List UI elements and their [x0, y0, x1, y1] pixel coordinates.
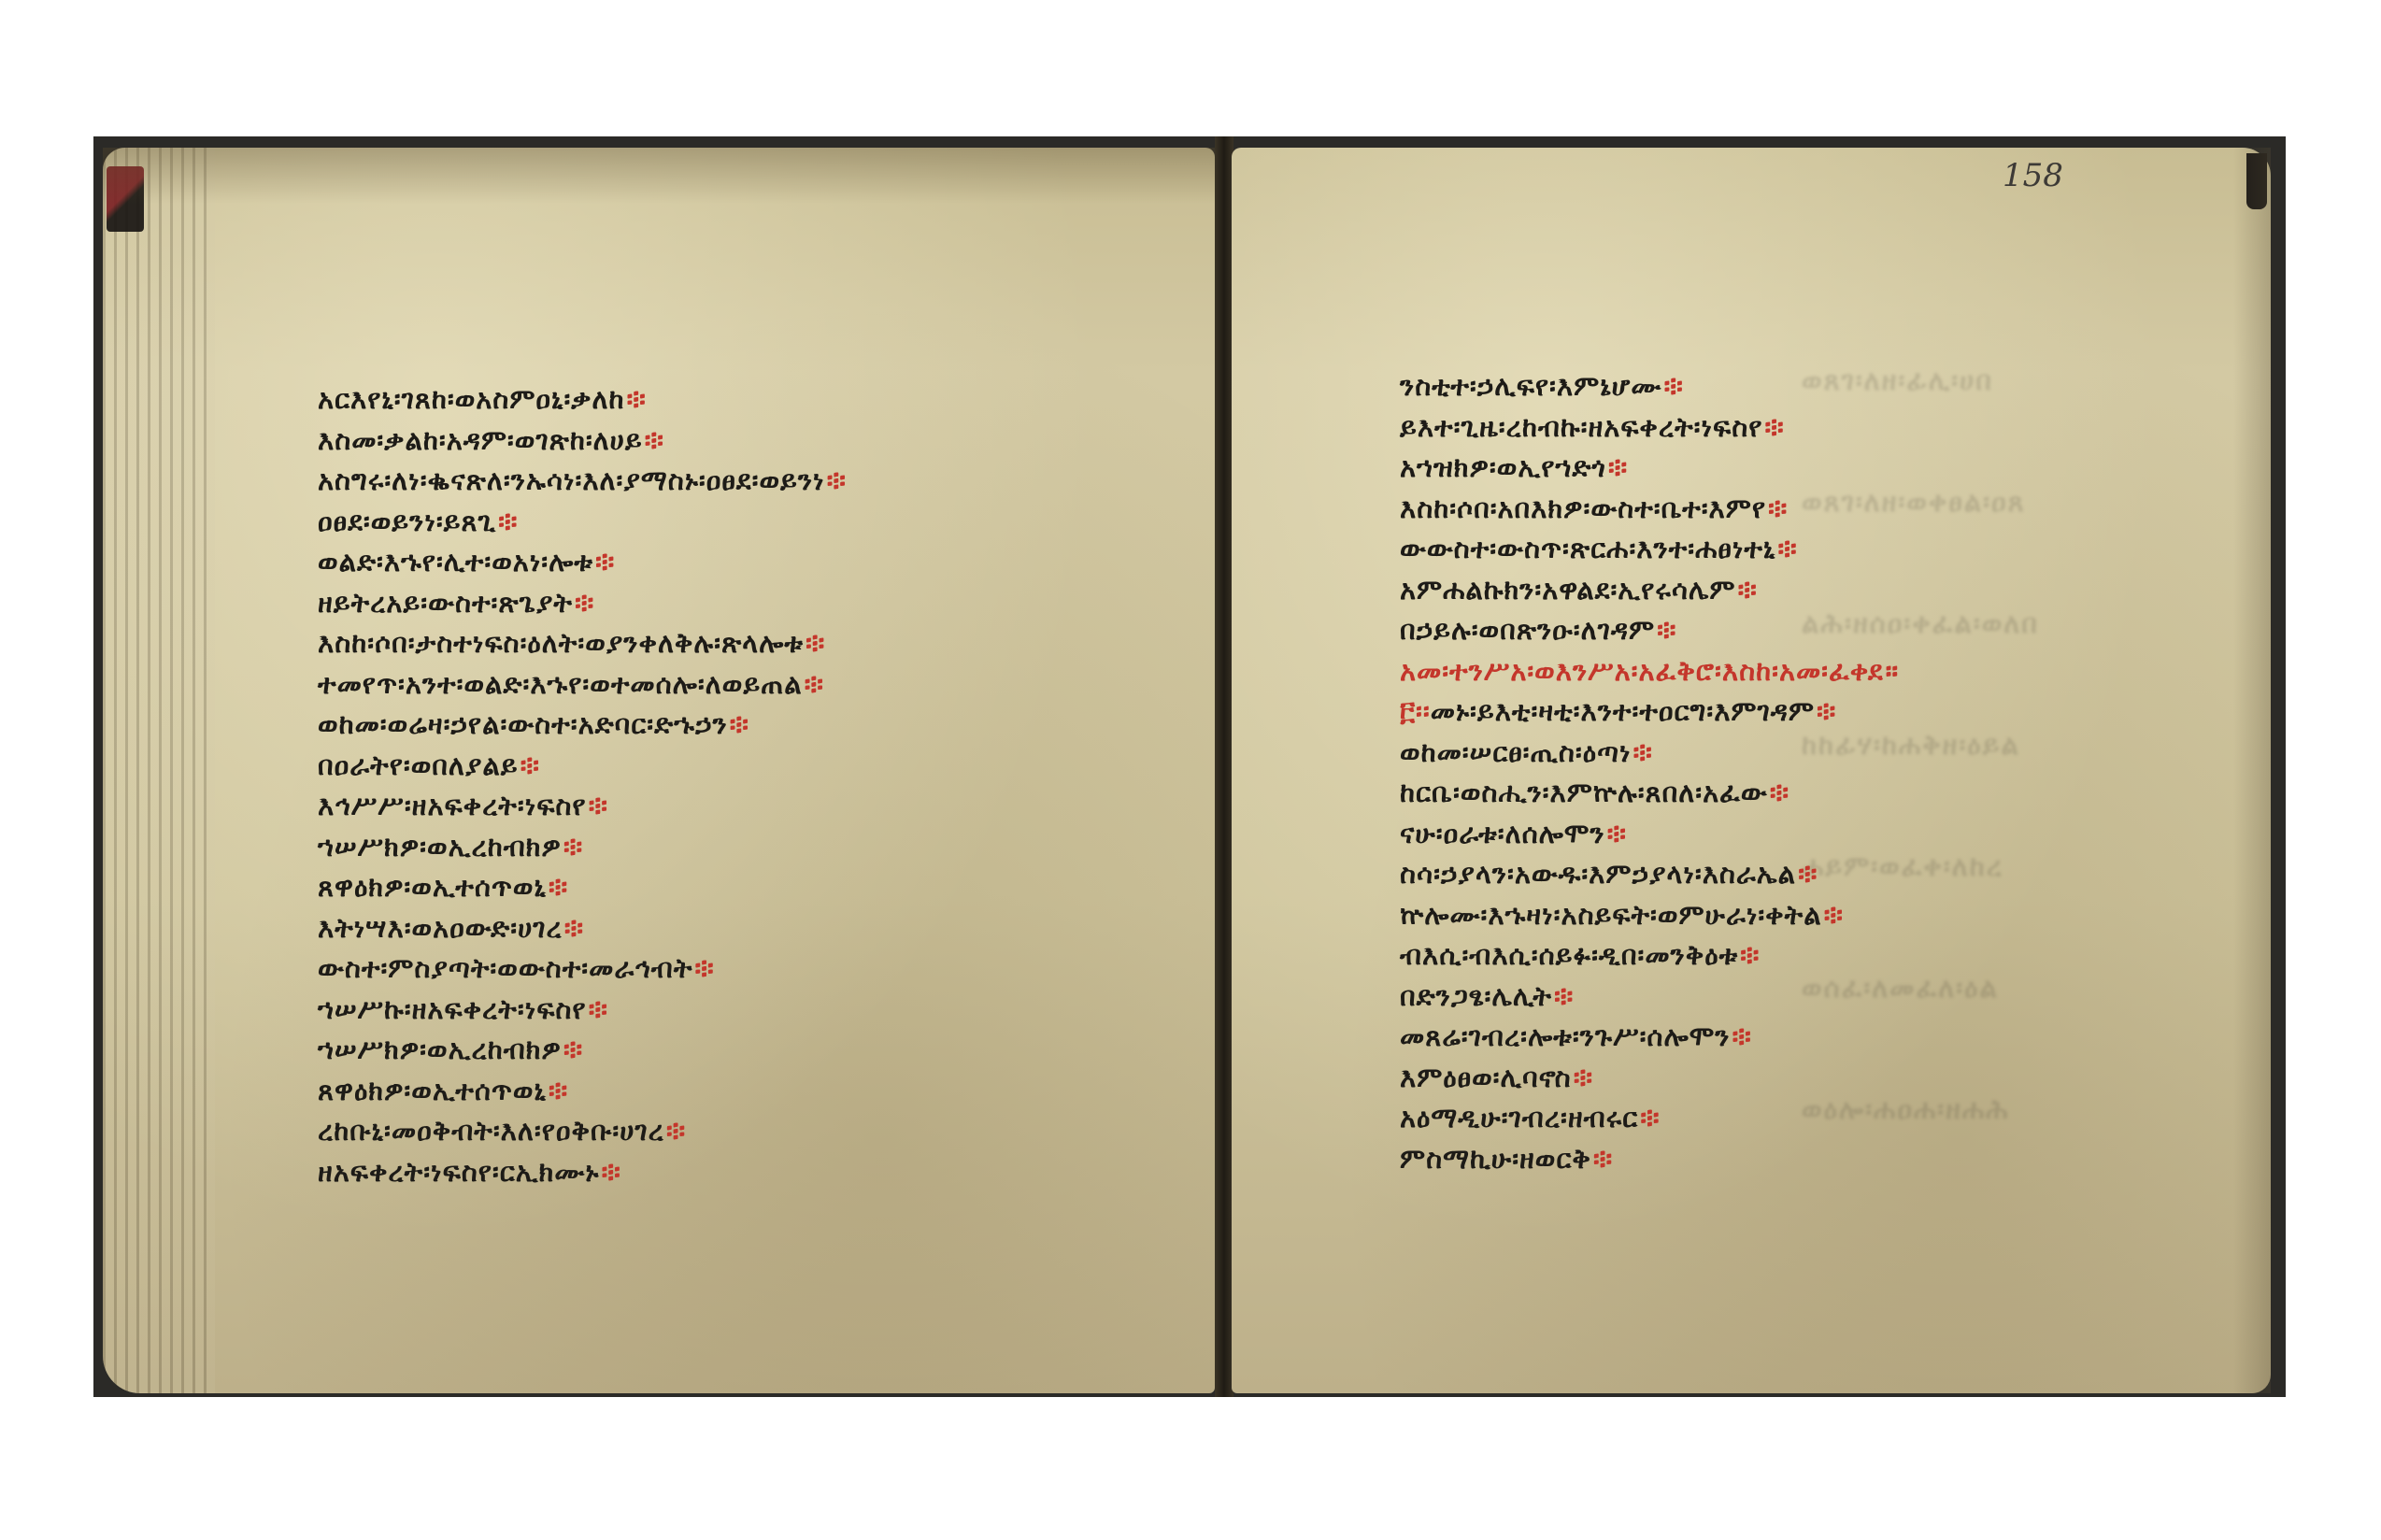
- punctuation-mark-icon: ፨: [627, 383, 647, 415]
- line-text: እስከ፡ሶበ፡አበእክዎ፡ውስተ፡ቤተ፡እምየ: [1400, 492, 1766, 524]
- page-number: 158: [2003, 157, 2063, 194]
- manuscript-line: ኀሠሥኩ፡ዘአፍቀረት፡ነፍስየ፨: [318, 990, 847, 1031]
- manuscript-line: መጸሬ፡ገብረ፡ሎቱ፡ንጉሥ፡ሰሎሞን፨: [1400, 1017, 1899, 1058]
- line-text: እምዕፀወ፡ሊባኖስ: [1400, 1062, 1572, 1093]
- manuscript-line: ንስቲተ፡ኃሊፍየ፡እምኔሆሙ፨: [1400, 366, 1899, 407]
- punctuation-mark-icon: ፨: [1798, 858, 1818, 890]
- line-text: ይእተ፡ጊዜ፡ረከብኩ፡ዘአፍቀረት፡ነፍስየ: [1400, 411, 1762, 443]
- left-page-text: አርእየኒ፡ገጸከ፡ወአስምዐኒ፡ቃለከ፨እስመ፡ቃልከ፡አዳም፡ወገጽከ፡ለሀ…: [318, 379, 847, 1192]
- manuscript-line: ወከመ፡ወሬዛ፡ኃየል፡ውስተ፡አድባር፡ድኁኃን፨: [318, 705, 847, 746]
- page-corner-shadow: [2246, 153, 2267, 209]
- line-text: ተመየጥ፡አንተ፡ወልድ፡እኁየ፡ወተመሰሎ፡ለወይጠል: [318, 668, 803, 700]
- punctuation-mark-icon: ፨: [1732, 1020, 1751, 1052]
- manuscript-line: አርእየኒ፡ገጸከ፡ወአስምዐኒ፡ቃለከ፨: [318, 379, 847, 421]
- manuscript-line: እስመ፡ቃልከ፡አዳም፡ወገጽከ፡ለሀይ፨: [318, 421, 847, 462]
- manuscript-line: በድንጋፄ፡ሌሊት፨: [1400, 977, 1899, 1018]
- manuscript-line: በኃይሉ፡ወበጽንዑ፡ለገዳም፨: [1400, 610, 1899, 651]
- line-text: ንስቲተ፡ኃሊፍየ፡እምኔሆሙ: [1400, 370, 1661, 402]
- line-text: ወከመ፡ሠርፀ፡ጢስ፡ዕጣነ: [1400, 736, 1632, 768]
- punctuation-mark-icon: ፨: [1768, 492, 1788, 524]
- line-text: መጸሬ፡ገብረ፡ሎቱ፡ንጉሥ፡ሰሎሞን: [1400, 1020, 1730, 1052]
- punctuation-mark-icon: ፨: [805, 668, 824, 700]
- line-text: እትነሣእ፡ወአዐውድ፡ሀገረ: [318, 912, 563, 944]
- manuscript-line: ዘይትረአይ፡ውስተ፡ጽጌያት፨: [318, 583, 847, 624]
- manuscript-line: አስግሩ፡ለነ፡ቈናጽለ፡ንኡሳነ፡እለ፡ያማስኑ፡ዐፀደ፡ወይንነ፨: [318, 461, 847, 502]
- manuscript-line: ውውስተ፡ውስጥ፡ጽርሐ፡እንተ፡ሐፀነተኒ፨: [1400, 529, 1899, 570]
- manuscript-line: አኀዝክዎ፡ወኢየኀድጎ፨: [1400, 448, 1899, 489]
- punctuation-mark-icon: ፨: [520, 749, 540, 781]
- bookmark-thread: [107, 166, 144, 232]
- punctuation-mark-icon: ፨: [1740, 939, 1760, 971]
- line-text: ረከቡኒ፡መዐቅብት፡እለ፡የዐቅቡ፡ሀገረ: [318, 1115, 664, 1147]
- punctuation-mark-icon: ፨: [549, 871, 568, 903]
- punctuation-mark-icon: ፨: [1777, 533, 1797, 564]
- punctuation-mark-icon: ፨: [1593, 1143, 1613, 1175]
- line-text: አኀዝክዎ፡ወኢየኀድጎ: [1400, 451, 1606, 483]
- punctuation-mark-icon: ፨: [498, 506, 518, 537]
- manuscript-line: እኅሥሥ፡ዘአፍቀረት፡ነፍስየ፨: [318, 786, 847, 827]
- line-text: ናሁ፡ዐራቱ፡ለሰሎሞን: [1400, 818, 1605, 849]
- line-text: በኃይሉ፡ወበጽንዑ፡ለገዳም: [1400, 614, 1655, 646]
- left-page: አርእየኒ፡ገጸከ፡ወአስምዐኒ፡ቃለከ፨እስመ፡ቃልከ፡አዳም፡ወገጽከ፡ለሀ…: [103, 148, 1215, 1393]
- manuscript-line: ረከቡኒ፡መዐቅብት፡እለ፡የዐቅቡ፡ሀገረ፨: [318, 1111, 847, 1152]
- line-text: በዐራትየ፡ወበለያልይ: [318, 749, 519, 781]
- line-text: እስከ፡ሶበ፡ታስተነፍስ፡ዕለት፡ወያንቀለቅሉ፡ጽላሎቱ: [318, 627, 804, 659]
- manuscript-line: ከርቤ፡ወስሒን፡እምኵሉ፡ጸበለ፡አፈው፨: [1400, 773, 1899, 814]
- manuscript-line: ይእተ፡ጊዜ፡ረከብኩ፡ዘአፍቀረት፡ነፍስየ፨: [1400, 407, 1899, 449]
- manuscript-line: ጸዋዕክዎ፡ወኢተሰጥወኒ፨: [318, 867, 847, 908]
- line-text: በድንጋፄ፡ሌሊት: [1400, 980, 1552, 1012]
- line-text: አስግሩ፡ለነ፡ቈናጽለ፡ንኡሳነ፡እለ፡ያማስኑ፡ዐፀደ፡ወይንነ: [318, 464, 825, 496]
- punctuation-mark-icon: ፨: [1607, 818, 1627, 849]
- line-text: ስሳ፡ኃያላን፡አውዱ፡እምኃያላነ፡እስራኤል: [1400, 858, 1796, 890]
- punctuation-mark-icon: ፨: [1657, 614, 1676, 646]
- punctuation-mark-icon: ፨: [595, 546, 615, 577]
- punctuation-mark-icon: ፨: [1640, 1102, 1660, 1134]
- line-text: እኅሥሥ፡ዘአፍቀረት፡ነፍስየ: [318, 790, 587, 821]
- punctuation-mark-icon: ፨: [1770, 777, 1789, 808]
- line-text: ወከመ፡ወሬዛ፡ኃየል፡ውስተ፡አድባር፡ድኁኃን: [318, 708, 728, 740]
- line-text: ኀሠሥክዎ፡ወኢረከብክዎ: [318, 831, 562, 863]
- manuscript-line: ኀሠሥክዎ፡ወኢረከብክዎ፨: [318, 827, 847, 868]
- line-text: ኀሠሥኩ፡ዘአፍቀረት፡ነፍስየ: [318, 993, 587, 1025]
- punctuation-mark-icon: ፨: [575, 587, 594, 619]
- manuscript-line: ውስተ፡ምስያጣት፡ወውስተ፡መራኅብት፨: [318, 948, 847, 990]
- punctuation-mark-icon: ፨: [1663, 370, 1683, 402]
- manuscript-line: እስከ፡ሶበ፡አበእክዎ፡ውስተ፡ቤተ፡እምየ፨: [1400, 489, 1899, 530]
- manuscript-line: እስከ፡ሶበ፡ታስተነፍስ፡ዕለት፡ወያንቀለቅሉ፡ጽላሎቱ፨: [318, 623, 847, 664]
- manuscript-line: እትነሣእ፡ወአዐውድ፡ሀገረ፨: [318, 908, 847, 949]
- section-number: ፫፡፡: [1400, 695, 1431, 727]
- punctuation-mark-icon: ፨: [827, 464, 847, 496]
- line-text: አዕማዲሁ፡ገብረ፡ዘብሩር: [1400, 1102, 1638, 1134]
- rubric-text: አመ፡ተንሥአ፡ወእንሥአ፡አፈቅሮ፡እስከ፡አመ፡ፈቀደ: [1400, 655, 1884, 687]
- manuscript-line: ምስማኪሁ፡ዘወርቅ፨: [1400, 1139, 1899, 1180]
- line-text: ምስማኪሁ፡ዘወርቅ: [1400, 1143, 1591, 1175]
- line-text: ዘይትረአይ፡ውስተ፡ጽጌያት: [318, 587, 573, 619]
- line-text: እስመ፡ቃልከ፡አዳም፡ወገጽከ፡ለሀይ: [318, 424, 643, 456]
- punctuation-mark-icon: ፨: [1738, 574, 1758, 606]
- line-text: ጸዋዕክዎ፡ወኢተሰጥወኒ: [318, 1075, 547, 1106]
- punctuation-mark-icon: ፨: [1764, 411, 1784, 443]
- punctuation-mark-icon: ፨: [1824, 899, 1844, 931]
- manuscript-line: ጸዋዕክዎ፡ወኢተሰጥወኒ፨: [318, 1071, 847, 1112]
- book-spine: [1215, 136, 1233, 1397]
- punctuation-mark-icon: ፨: [589, 790, 608, 821]
- line-text: አምሐልኩክን፡አዋልደ፡ኢየሩሳሌም: [1400, 574, 1736, 606]
- punctuation-mark-icon: ፨: [549, 1075, 568, 1106]
- punctuation-mark-icon: ፨: [563, 831, 583, 863]
- manuscript-line: ዐፀደ፡ወይንነ፡ይጸጊ፨: [318, 502, 847, 543]
- line-text: ጸዋዕክዎ፡ወኢተሰጥወኒ: [318, 871, 547, 903]
- punctuation-mark-icon: ፨: [1608, 451, 1628, 483]
- punctuation-mark-icon: ፨: [806, 627, 825, 659]
- punctuation-mark-icon: ፨: [1554, 980, 1574, 1012]
- line-text: ከርቤ፡ወስሒን፡እምኵሉ፡ጸበለ፡አፈው: [1400, 777, 1768, 808]
- manuscript-line: ወከመ፡ሠርፀ፡ጢስ፡ዕጣነ፨: [1400, 733, 1899, 774]
- punctuation-mark-icon: ፨: [645, 424, 664, 456]
- line-text: ወልድ፡እኁየ፡ሊተ፡ወአነ፡ሎቱ: [318, 546, 593, 577]
- line-text: ብእሲ፡ብእሲ፡ሰይፉ፡ዲበ፡መንቅዕቱ: [1400, 939, 1738, 971]
- line-text: ዘአፍቀረት፡ነፍስየ፡ርኢክሙኑ: [318, 1156, 599, 1188]
- manuscript-photo: አርእየኒ፡ገጸከ፡ወአስምዐኒ፡ቃለከ፨እስመ፡ቃልከ፡አዳም፡ወገጽከ፡ለሀ…: [93, 136, 2286, 1397]
- line-text: ውስተ፡ምስያጣት፡ወውስተ፡መራኅብት: [318, 952, 692, 984]
- punctuation-mark-icon: ፨: [564, 912, 584, 944]
- manuscript-line: አምሐልኩክን፡አዋልደ፡ኢየሩሳሌም፨: [1400, 570, 1899, 611]
- line-text: ውውስተ፡ውስጥ፡ጽርሐ፡እንተ፡ሐፀነተኒ: [1400, 533, 1775, 564]
- line-text: ኀሠሥክዎ፡ወኢረከብክዎ: [318, 1034, 562, 1065]
- line-text: ኵሎሙ፡እኁዛነ፡አስይፍት፡ወምሁራነ፡ቀትል: [1400, 899, 1822, 931]
- punctuation-mark-icon: ።: [1886, 655, 1900, 687]
- punctuation-mark-icon: ፨: [563, 1034, 583, 1065]
- manuscript-line: አመ፡ተንሥአ፡ወእንሥአ፡አፈቅሮ፡እስከ፡አመ፡ፈቀደ።: [1400, 651, 1899, 692]
- punctuation-mark-icon: ፨: [601, 1156, 620, 1188]
- punctuation-mark-icon: ፨: [589, 993, 608, 1025]
- manuscript-line: ኵሎሙ፡እኁዛነ፡አስይፍት፡ወምሁራነ፡ቀትል፨: [1400, 895, 1899, 936]
- punctuation-mark-icon: ፨: [1817, 695, 1836, 727]
- manuscript-line: ስሳ፡ኃያላን፡አውዱ፡እምኃያላነ፡እስራኤል፨: [1400, 854, 1899, 895]
- punctuation-mark-icon: ፨: [666, 1115, 686, 1147]
- manuscript-line: ዘአፍቀረት፡ነፍስየ፡ርኢክሙኑ፨: [318, 1152, 847, 1193]
- manuscript-line: አዕማዲሁ፡ገብረ፡ዘብሩር፨: [1400, 1098, 1899, 1139]
- manuscript-line: ናሁ፡ዐራቱ፡ለሰሎሞን፨: [1400, 814, 1899, 855]
- punctuation-mark-icon: ፨: [1574, 1062, 1593, 1093]
- line-text: መኑ፡ይእቲ፡ዛቲ፡እንተ፡ተዐርግ፡እምገዳም: [1431, 695, 1815, 727]
- manuscript-line: ወልድ፡እኁየ፡ሊተ፡ወአነ፡ሎቱ፨: [318, 542, 847, 583]
- punctuation-mark-icon: ፨: [1633, 736, 1653, 768]
- manuscript-line: ብእሲ፡ብእሲ፡ሰይፉ፡ዲበ፡መንቅዕቱ፨: [1400, 935, 1899, 977]
- punctuation-mark-icon: ፨: [694, 952, 714, 984]
- manuscript-line: ኀሠሥክዎ፡ወኢረከብክዎ፨: [318, 1030, 847, 1071]
- right-page-text: ንስቲተ፡ኃሊፍየ፡እምኔሆሙ፨ይእተ፡ጊዜ፡ረከብኩ፡ዘአፍቀረት፡ነፍስየ፨…: [1400, 366, 1899, 1179]
- manuscript-line: እምዕፀወ፡ሊባኖስ፨: [1400, 1058, 1899, 1099]
- manuscript-line: በዐራትየ፡ወበለያልይ፨: [318, 746, 847, 787]
- manuscript-line: ተመየጥ፡አንተ፡ወልድ፡እኁየ፡ወተመሰሎ፡ለወይጠል፨: [318, 664, 847, 706]
- right-page: 158 ወጸገ፡ለዘ፡ፊሊ፡ሀበወጸገ፡ለዘ፡ወቀፀል፡ዐጸልሕ፡ዘሰዐ፡ቀፈል…: [1232, 148, 2271, 1393]
- manuscript-line: ፫፡፡መኑ፡ይእቲ፡ዛቲ፡እንተ፡ተዐርግ፡እምገዳም፨: [1400, 692, 1899, 733]
- line-text: አርእየኒ፡ገጸከ፡ወአስምዐኒ፡ቃለከ: [318, 383, 625, 415]
- punctuation-mark-icon: ፨: [730, 708, 749, 740]
- line-text: ዐፀደ፡ወይንነ፡ይጸጊ: [318, 506, 496, 537]
